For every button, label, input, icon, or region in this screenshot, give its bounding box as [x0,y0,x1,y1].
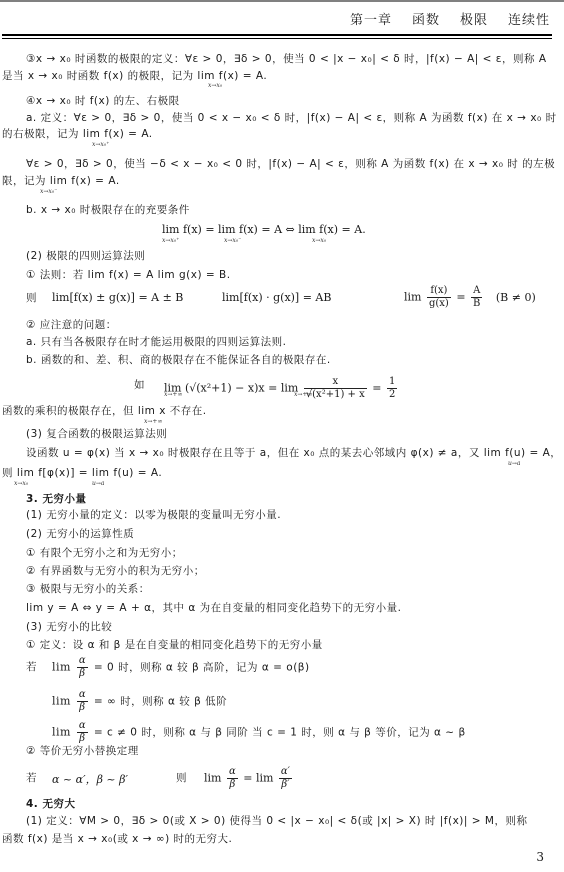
fraction: αβ [227,766,238,791]
limit-subscript: x→x₀⁺ [162,237,179,244]
text-line: ② 有界函数与无穷小的积为无穷小； [26,564,205,578]
fraction: α′β′ [279,766,292,791]
limit-subscript: x→+∞ [164,391,182,398]
text-line: (2) 无穷小的运算性质 [26,527,134,541]
fraction: 12 [387,376,397,401]
limit-subscript: x→x₀⁺ [92,141,109,148]
limit-subscript: x→x₀ [312,237,326,244]
text-line: (1) 定义：∀M > 0，∃δ > 0(或 X > 0) 使得当 0 < |x… [26,814,527,828]
text-line: ③ 极限与无穷小的关系： [26,582,150,596]
section-heading: (2) 极限的四则运算法则 [26,249,145,263]
header-title-1: 函数 [412,9,440,28]
formula-higher-order: lim αβ = 0 时，则称 α 较 β 高阶，记为 α = o(β) [52,655,310,680]
header-rule-thin [2,38,552,39]
text-line: ① 定义：设 α 和 β 是在自变量的相同变化趋势下的无穷小量 [26,638,323,652]
fraction: x√(x²+1) + x [304,376,367,401]
text-line: 则 [176,771,187,785]
formula-replacement: lim αβ = lim α′β′ [204,766,294,791]
text-line: 是当 x → x₀ 时函数 f(x) 的极限，记为 lim f(x) = A. [2,69,267,83]
limit-subscript: u→a [508,460,520,467]
section-heading: 4. 无穷大 [26,797,75,811]
text-line: 限，记为 lim f(x) = A. [2,174,120,188]
text-line: lim y = A ⇔ y = A + α，其中 α 为在自变量的相同变化趋势下… [26,601,401,615]
text-line: ① 法则：若 lim f(x) = A lim g(x) = B. [26,268,231,282]
formula-quotient: lim f(x)g(x) = AB (B ≠ 0) [404,285,536,310]
limit-subscript: x→x₀ [14,480,28,487]
top-border [0,0,564,2]
header-title-2: 极限 [460,9,488,28]
header-title-3: 连续性 [508,9,550,28]
text-line: 则 lim f[φ(x)] = lim f(u) = A. [2,466,162,480]
limit-subscript: x→x₀⁻ [224,237,241,244]
text-line: 若 [26,660,37,674]
fraction: αβ [77,655,88,680]
text-line: ④x → x₀ 时 f(x) 的左、右极限 [26,94,180,108]
formula-product: lim[f(x) · g(x)] = AB [222,291,331,305]
formula-lower-order: lim αβ = ∞ 时，则称 α 较 β 低阶 [52,689,227,714]
formula-same-order: lim αβ = c ≠ 0 时，则称 α 与 β 同阶 当 c = 1 时，则… [52,720,466,745]
page-number: 3 [536,850,544,864]
formula-line: lim f(x) = lim f(x) = A ⇔ lim f(x) = A. [162,223,366,237]
fraction: αβ [77,689,88,714]
limit-subscript: u→a [92,480,104,487]
fraction: αβ [77,720,88,745]
text-line: b. 函数的和、差、积、商的极限存在不能保证各自的极限存在. [26,353,331,367]
section-heading: (3) 复合函数的极限运算法则 [26,427,167,441]
text-line: (1) 无穷小量的定义：以零为极限的变量叫无穷小量. [26,508,281,522]
formula-equivalence: α ~ α′，β ~ β′ [52,773,128,787]
section-heading: 3. 无穷小量 [26,492,86,506]
text-line: a. 只有当各极限存在时才能运用极限的四则运算法则. [26,335,286,349]
header-chapter: 第一章 [350,9,392,28]
text-line: ② 应注意的问题： [26,318,117,332]
formula-example: lim (√(x²+1) − x)x = lim x√(x²+1) + x = … [164,376,399,401]
section-heading: (3) 无穷小的比较 [26,620,112,634]
fraction: f(x)g(x) [427,285,451,310]
text-line: 则 [26,291,37,305]
limit-subscript: x→+∞ [294,391,312,398]
header-rule-thick [2,34,552,36]
limit-subscript: x→x₀⁻ [40,188,57,195]
text-line: 设函数 u = φ(x) 当 x → x₀ 时极限存在且等于 a，但在 x₀ 点… [26,446,561,460]
text-line: 若 [26,771,37,785]
limit-subscript: x→+∞ [144,418,162,425]
text-line: ① 有限个无穷小之和为无穷小； [26,546,183,560]
text-line: 的右极限，记为 lim f(x) = A. [2,127,153,141]
text-line: 函数的乘积的极限存在，但 lim x 不存在. [2,404,207,418]
text-line: 如 [134,378,145,392]
text-line: ∀ε > 0，∃δ > 0，使当 −δ < x − x₀ < 0 时，|f(x)… [26,157,555,171]
formula-sum: lim[f(x) ± g(x)] = A ± B [52,291,183,305]
text-line: 函数 f(x) 是当 x → x₀(或 x → ∞) 时的无穷大. [2,832,232,846]
text-line: ② 等价无穷小替换定理 [26,744,139,758]
fraction: AB [471,285,482,310]
running-header: 第一章 函数 极限 连续性 [350,9,550,28]
text-line: ③x → x₀ 时函数的极限的定义：∀ε > 0，∃δ > 0，使当 0 < |… [26,52,547,66]
text-line: b. x → x₀ 时极限存在的充要条件 [26,203,190,217]
limit-subscript: x→x₀ [208,82,222,89]
text-line: a. 定义：∀ε > 0，∃δ > 0，使当 0 < x − x₀ < δ 时，… [26,111,557,125]
